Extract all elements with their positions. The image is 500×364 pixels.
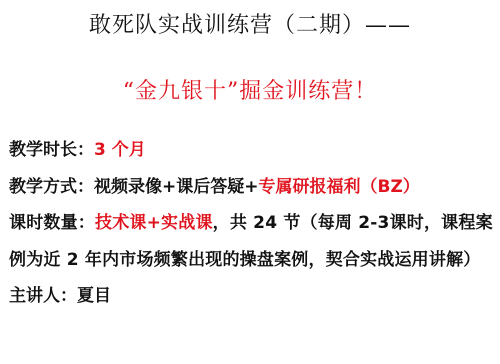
duration-row: 教学时长：3 个月 <box>9 132 495 169</box>
document-subtitle: “金九银十”掘金训练营！ <box>0 74 500 105</box>
method-value: 视频录像+课后答疑+ <box>94 177 259 197</box>
method-label: 教学方式： <box>9 177 94 197</box>
lecturer-label: 主讲人： <box>9 286 77 306</box>
lessons-row: 课时数量：技术课+实战课，共 24 节（每周 2-3课时，课程案例为近 2 年内… <box>9 205 495 278</box>
lecturer-row: 主讲人：夏目 <box>9 278 495 315</box>
method-highlight: 专属研报福利（BZ） <box>259 177 420 197</box>
duration-value: 3 个月 <box>94 140 146 160</box>
lessons-label: 课时数量： <box>9 213 95 233</box>
duration-label: 教学时长： <box>9 140 94 160</box>
method-row: 教学方式：视频录像+课后答疑+专属研报福利（BZ） <box>9 169 495 206</box>
lessons-highlight: 技术课+实战课 <box>95 213 213 233</box>
course-details: 教学时长：3 个月 教学方式：视频录像+课后答疑+专属研报福利（BZ） 课时数量… <box>9 132 495 315</box>
lecturer-value: 夏目 <box>77 286 111 306</box>
document-title: 敢死队实战训练营（二期）—— <box>0 8 500 39</box>
